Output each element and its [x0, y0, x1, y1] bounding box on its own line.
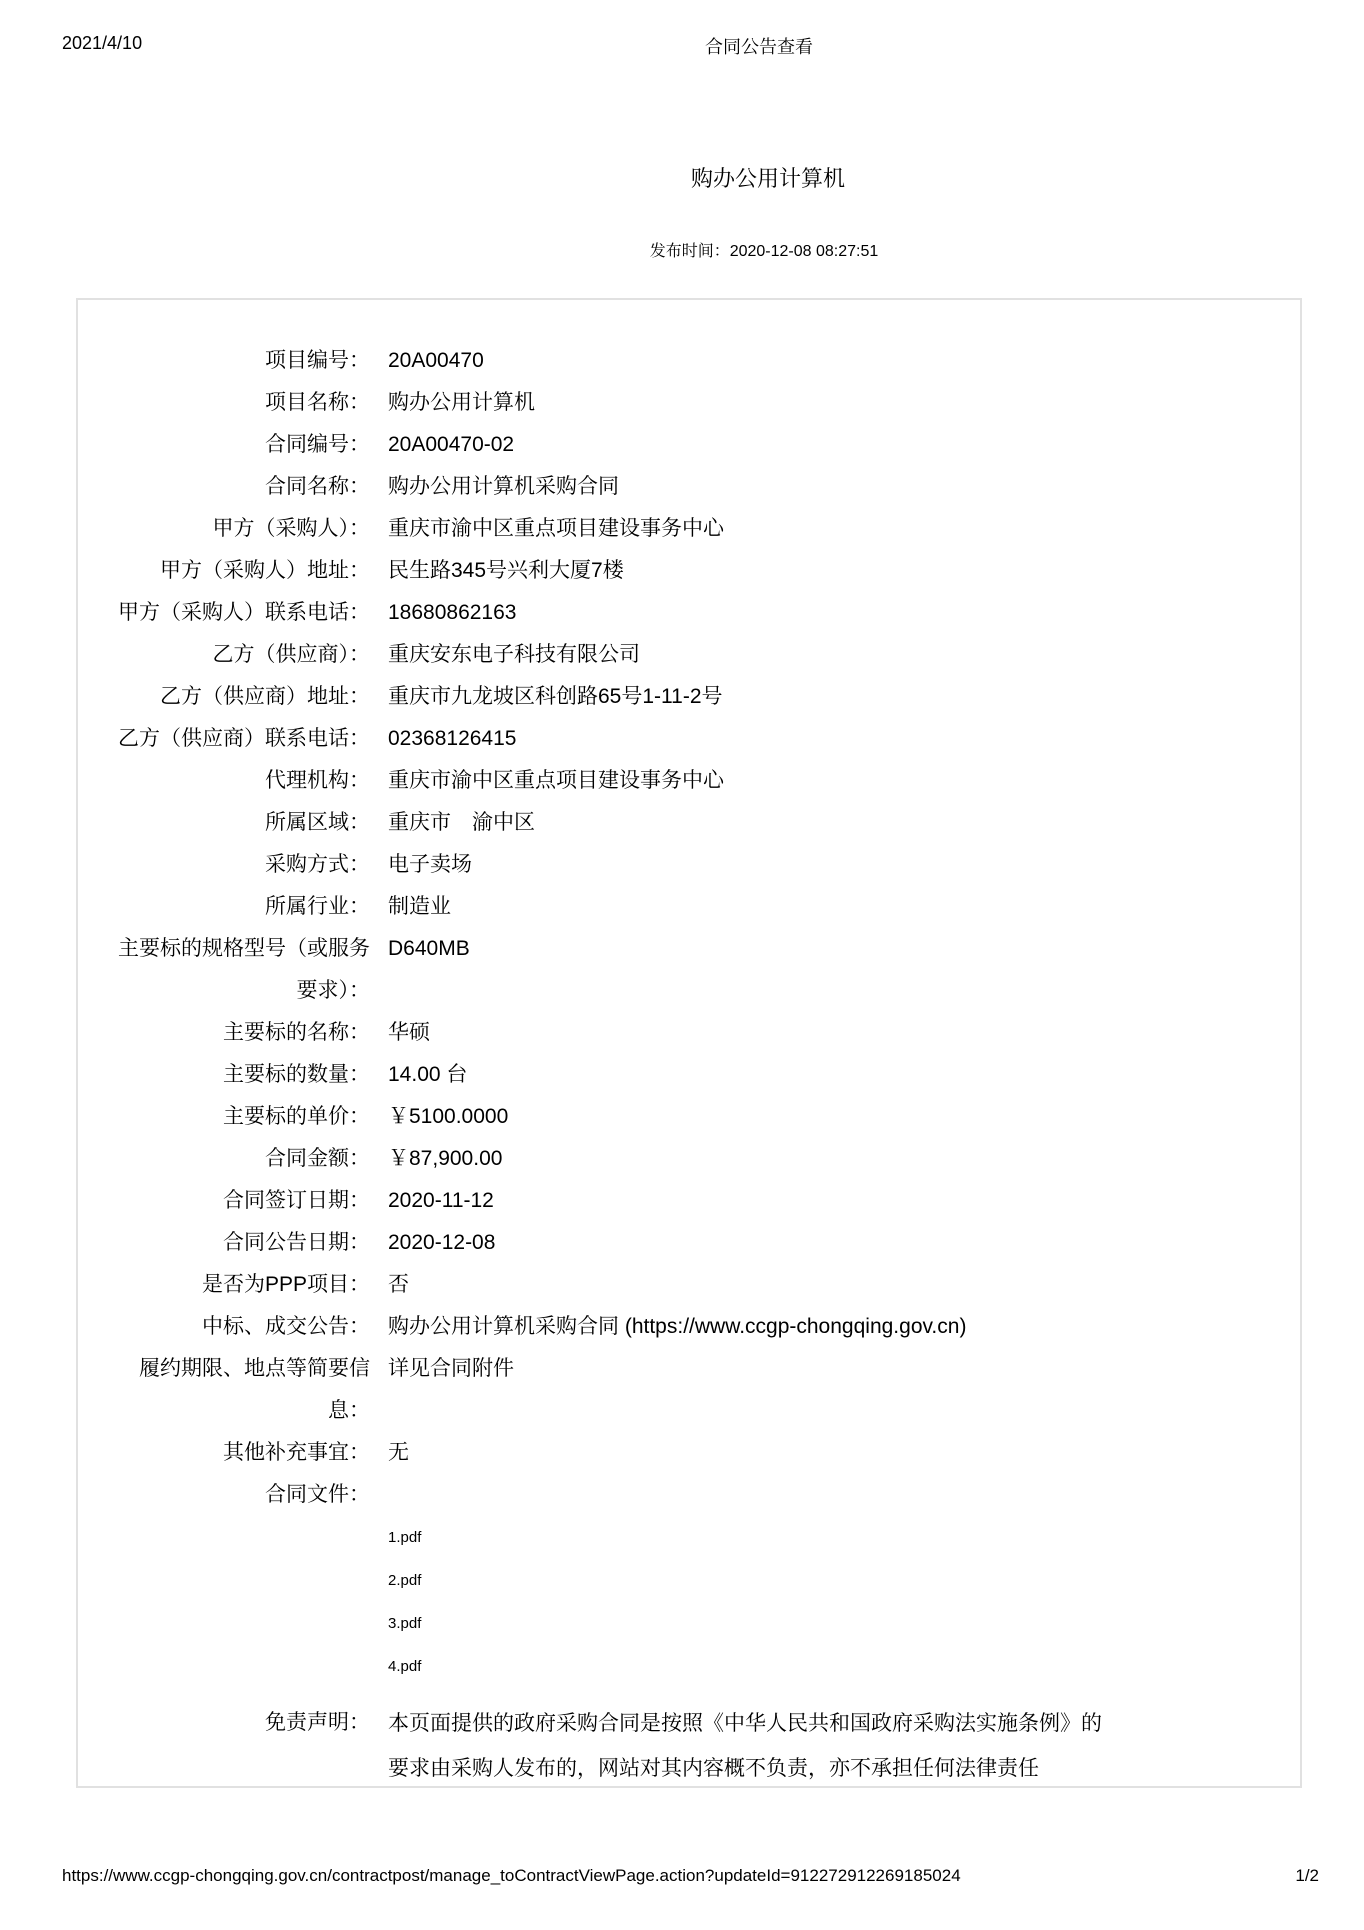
contract-announcement-print-page: { "print_header": { "date": "2021/4/10",… — [0, 0, 1364, 1930]
publish-time: 发布时间：2020-12-08 08:27:51 — [650, 238, 879, 261]
field-value: 电子卖场 — [388, 844, 1300, 886]
field-row-procurement-method: 采购方式： 电子卖场 — [78, 844, 1300, 886]
field-value: 重庆市九龙坡区科创路65号1-11-2号 — [388, 676, 1300, 718]
field-label: 乙方（供应商）地址： — [112, 676, 370, 718]
field-row-subject-name: 主要标的名称： 华硕 — [78, 1012, 1300, 1054]
print-header-title: 合同公告查看 — [705, 33, 813, 59]
field-row-contract-no: 合同编号： 20A00470-02 — [78, 424, 1300, 466]
field-label: 其他补充事宜： — [112, 1432, 370, 1474]
field-label: 主要标的数量： — [112, 1054, 370, 1096]
field-row-project-name: 项目名称： 购办公用计算机 — [78, 382, 1300, 424]
field-label: 主要标的规格型号（或服务要求）： — [112, 928, 370, 1012]
field-row-supplier: 乙方（供应商）： 重庆安东电子科技有限公司 — [78, 634, 1300, 676]
field-row-industry: 所属行业： 制造业 — [78, 886, 1300, 928]
field-row-region: 所属区域： 重庆市 渝中区 — [78, 802, 1300, 844]
field-value: 2020-12-08 — [388, 1222, 1300, 1264]
field-value: 购办公用计算机 — [388, 382, 1300, 424]
page-title: 购办公用计算机 — [691, 162, 845, 193]
field-row-contract-amount: 合同金额： ￥87,900.00 — [78, 1138, 1300, 1180]
field-row-announce-date: 合同公告日期： 2020-12-08 — [78, 1222, 1300, 1264]
field-value: 14.00 台 — [388, 1054, 1300, 1096]
field-label: 免责声明： — [112, 1702, 370, 1744]
field-row-agency: 代理机构： 重庆市渝中区重点项目建设事务中心 — [78, 760, 1300, 802]
field-value: 民生路345号兴利大厦7楼 — [388, 550, 1300, 592]
field-row-other-matters: 其他补充事宜： 无 — [78, 1432, 1300, 1474]
field-label: 甲方（采购人）地址： — [112, 550, 370, 592]
field-row-project-no: 项目编号： 20A00470 — [78, 340, 1300, 382]
field-label: 甲方（采购人）联系电话： — [112, 592, 370, 634]
field-row-contract-files: 合同文件： 1.pdf 2.pdf 3.pdf 4.pdf — [78, 1474, 1300, 1688]
field-row-unit-price: 主要标的单价： ￥5100.0000 — [78, 1096, 1300, 1138]
field-row-contract-name: 合同名称： 购办公用计算机采购合同 — [78, 466, 1300, 508]
field-value: 详见合同附件 — [388, 1348, 1300, 1390]
field-value: 2020-11-12 — [388, 1180, 1300, 1222]
field-label: 履约期限、地点等简要信息： — [112, 1348, 370, 1432]
field-label: 合同公告日期： — [112, 1222, 370, 1264]
field-label: 主要标的单价： — [112, 1096, 370, 1138]
contract-file-link[interactable]: 1.pdf — [388, 1516, 1300, 1559]
field-row-buyer-address: 甲方（采购人）地址： 民生路345号兴利大厦7楼 — [78, 550, 1300, 592]
field-row-buyer-phone: 甲方（采购人）联系电话： 18680862163 — [78, 592, 1300, 634]
field-label: 项目名称： — [112, 382, 370, 424]
field-label: 中标、成交公告： — [112, 1306, 370, 1348]
field-row-disclaimer: 免责声明： 本页面提供的政府采购合同是按照《中华人民共和国政府采购法实施条例》的… — [78, 1702, 1300, 1791]
print-footer-url: https://www.ccgp-chongqing.gov.cn/contra… — [62, 1866, 961, 1886]
field-value: 重庆市 渝中区 — [388, 802, 1300, 844]
field-label: 合同签订日期： — [112, 1180, 370, 1222]
field-value: 制造业 — [388, 886, 1300, 928]
print-footer-page-indicator: 1/2 — [1295, 1866, 1319, 1886]
field-label: 项目编号： — [112, 340, 370, 382]
contract-file-list: 1.pdf 2.pdf 3.pdf 4.pdf — [388, 1483, 1300, 1688]
field-label: 甲方（采购人）： — [112, 508, 370, 550]
field-label: 合同金额： — [112, 1138, 370, 1180]
field-label: 合同编号： — [112, 424, 370, 466]
award-announcement-link[interactable]: 购办公用计算机采购合同 (https://www.ccgp-chongqing.… — [388, 1306, 1300, 1348]
field-value: 否 — [388, 1264, 1300, 1306]
field-label: 合同文件： — [112, 1474, 370, 1516]
field-label: 采购方式： — [112, 844, 370, 886]
field-row-spec-model: 主要标的规格型号（或服务要求）： D640MB — [78, 928, 1300, 1012]
field-label: 主要标的名称： — [112, 1012, 370, 1054]
field-row-buyer: 甲方（采购人）： 重庆市渝中区重点项目建设事务中心 — [78, 508, 1300, 550]
field-row-supplier-phone: 乙方（供应商）联系电话： 02368126415 — [78, 718, 1300, 760]
field-value: 无 — [388, 1432, 1300, 1474]
contract-file-link[interactable]: 2.pdf — [388, 1559, 1300, 1602]
field-row-quantity: 主要标的数量： 14.00 台 — [78, 1054, 1300, 1096]
field-value: 重庆市渝中区重点项目建设事务中心 — [388, 508, 1300, 550]
field-value: 20A00470 — [388, 340, 1300, 382]
field-value: ￥5100.0000 — [388, 1096, 1300, 1138]
print-header-date: 2021/4/10 — [62, 33, 142, 54]
field-row-award-announcement: 中标、成交公告： 购办公用计算机采购合同 (https://www.ccgp-c… — [78, 1306, 1300, 1348]
field-label: 乙方（供应商）： — [112, 634, 370, 676]
field-value: 重庆安东电子科技有限公司 — [388, 634, 1300, 676]
field-row-performance-info: 履约期限、地点等简要信息： 详见合同附件 — [78, 1348, 1300, 1432]
field-value: ￥87,900.00 — [388, 1138, 1300, 1180]
field-value: 华硕 — [388, 1012, 1300, 1054]
field-value: 重庆市渝中区重点项目建设事务中心 — [388, 760, 1300, 802]
contract-detail-box: 项目编号： 20A00470 项目名称： 购办公用计算机 合同编号： 20A00… — [76, 298, 1302, 1788]
field-label: 代理机构： — [112, 760, 370, 802]
field-value: 20A00470-02 — [388, 424, 1300, 466]
field-row-supplier-address: 乙方（供应商）地址： 重庆市九龙坡区科创路65号1-11-2号 — [78, 676, 1300, 718]
field-value: 18680862163 — [388, 592, 1300, 634]
field-row-ppp: 是否为PPP项目： 否 — [78, 1264, 1300, 1306]
field-row-sign-date: 合同签订日期： 2020-11-12 — [78, 1180, 1300, 1222]
field-label: 所属行业： — [112, 886, 370, 928]
field-value: 购办公用计算机采购合同 — [388, 466, 1300, 508]
disclaimer-text: 本页面提供的政府采购合同是按照《中华人民共和国政府采购法实施条例》的要求由采购人… — [388, 1701, 1118, 1791]
field-label: 合同名称： — [112, 466, 370, 508]
field-label: 所属区域： — [112, 802, 370, 844]
field-label: 是否为PPP项目： — [112, 1264, 370, 1306]
field-label: 乙方（供应商）联系电话： — [112, 718, 370, 760]
field-value: 02368126415 — [388, 718, 1300, 760]
contract-file-link[interactable]: 4.pdf — [388, 1645, 1300, 1688]
contract-file-link[interactable]: 3.pdf — [388, 1602, 1300, 1645]
field-value: D640MB — [388, 928, 1300, 970]
